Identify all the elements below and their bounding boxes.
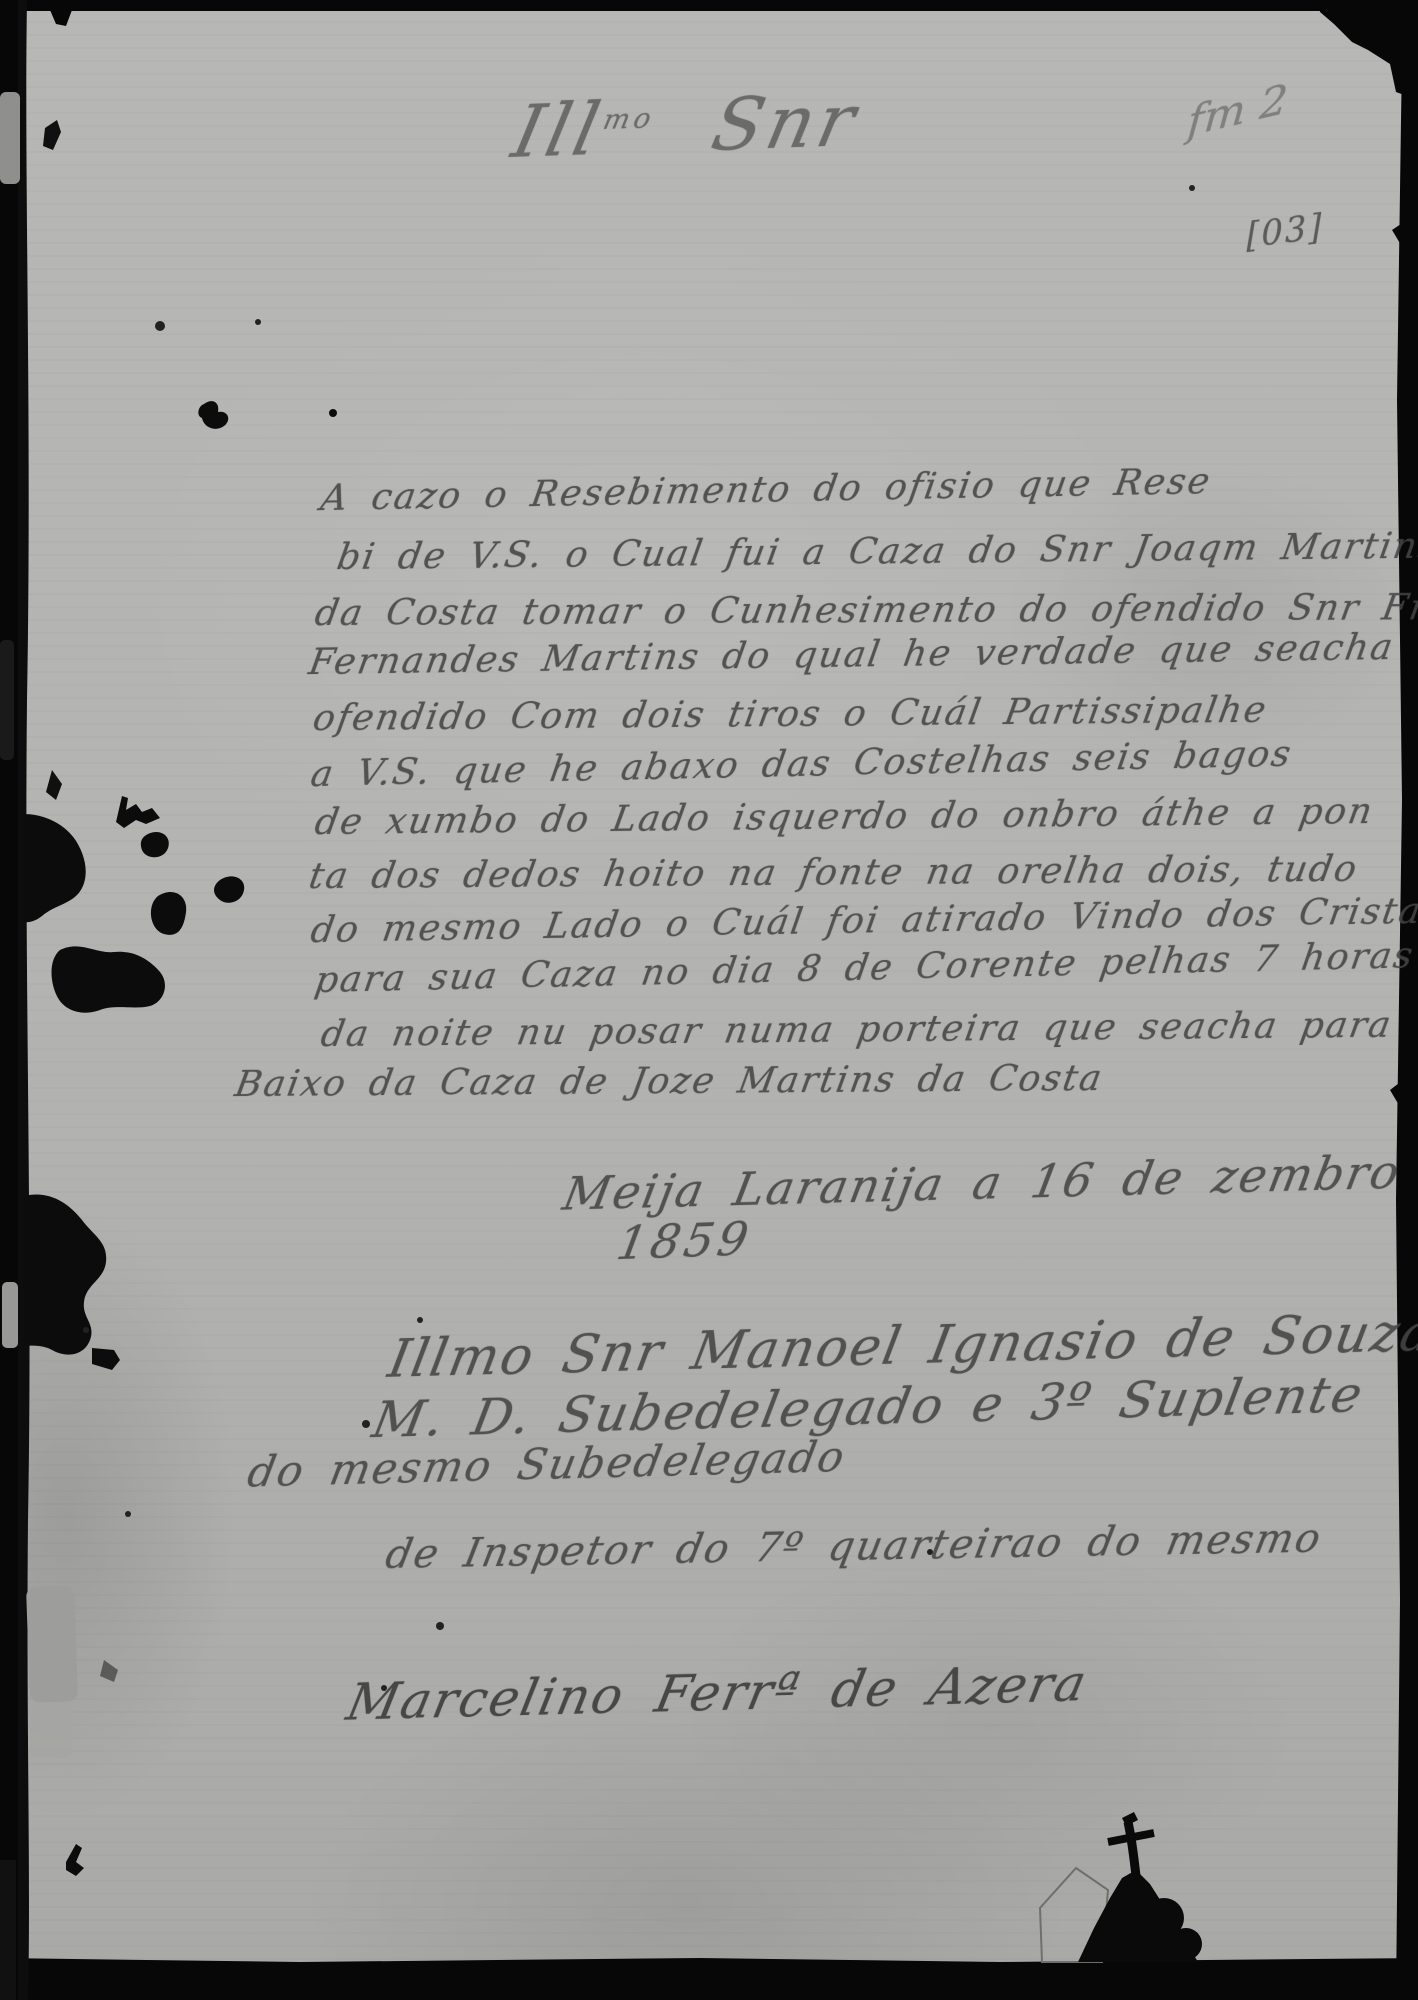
salutation-word1: Ill	[506, 87, 611, 174]
letter-body-line: ofendido Com dois tiros o Cuál Partissip…	[310, 690, 1271, 739]
letter-body-line: ta dos dedos hoito na fonte na orelha do…	[306, 849, 1362, 897]
letter-body-line: Baixo da Caza de Joze Martins da Costa	[232, 1058, 1106, 1105]
salutation-superscript: mo	[600, 103, 657, 136]
year-line: 1859	[613, 1212, 757, 1271]
salutation-word2: Snr	[705, 78, 866, 167]
tape-repair	[26, 1585, 78, 1758]
manuscript-scan: Illmo Snr fm 2 [03] A cazo o Resebimento…	[0, 0, 1418, 2000]
salutation-script: Illmo Snr	[506, 78, 867, 174]
bottom-tear-mark	[1040, 1812, 1202, 1962]
letter-body-line: da Costa tomar o Cunhesimento do ofendid…	[312, 587, 1418, 634]
crucifix-mark	[1128, 1822, 1136, 1876]
